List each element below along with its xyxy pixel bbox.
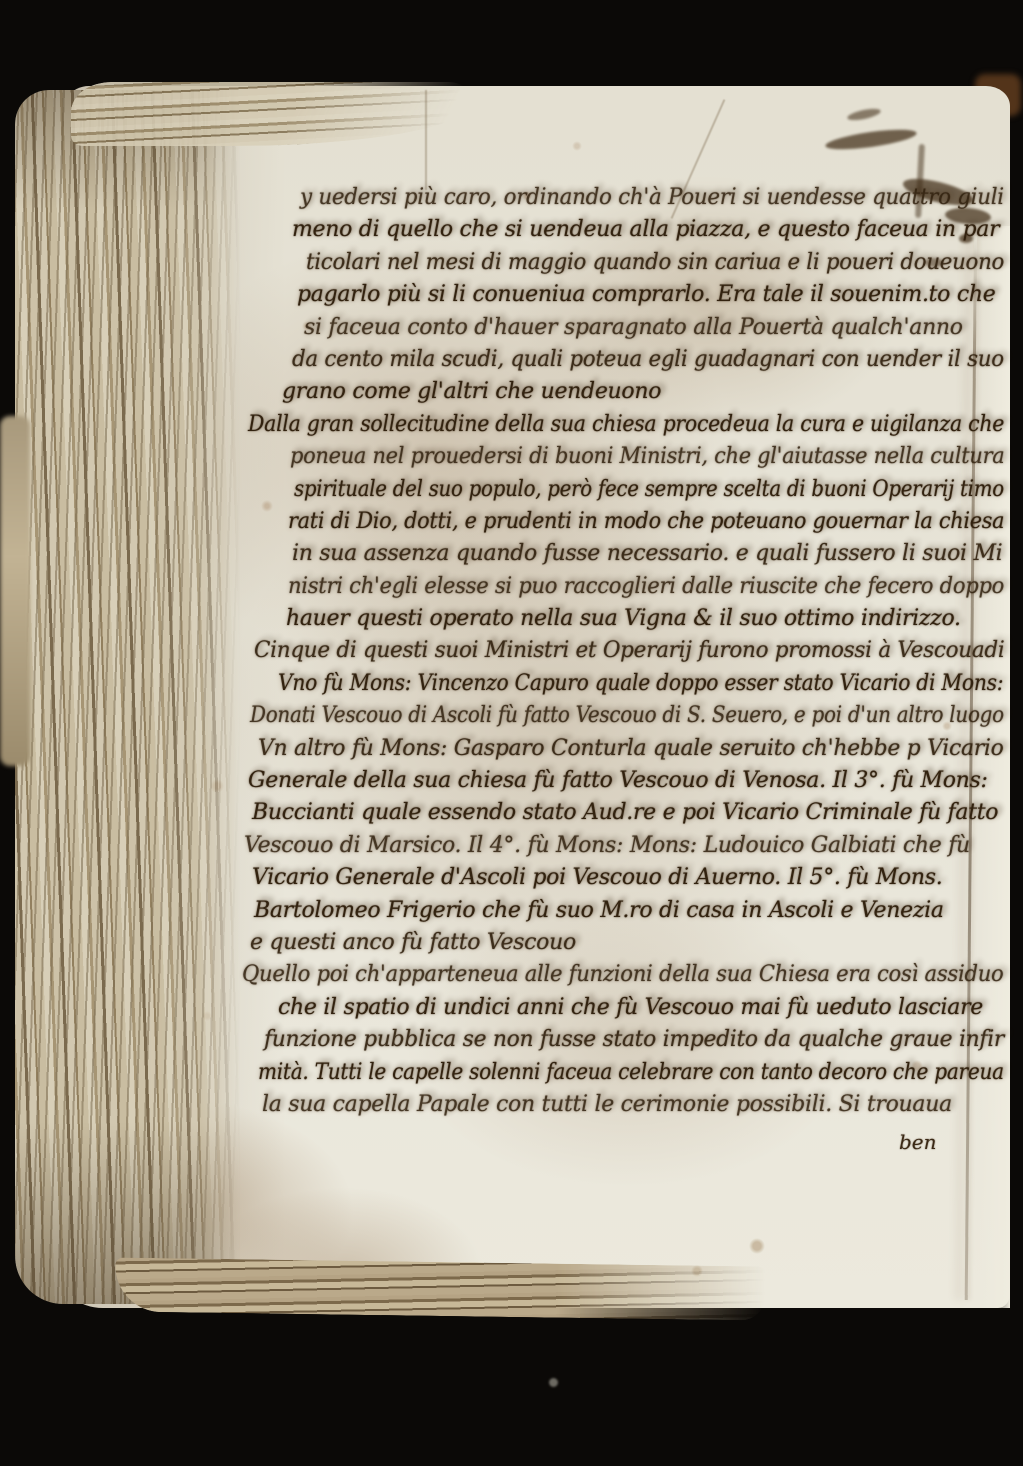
text-line: spirituale del suo populo, però fece sem… <box>294 474 932 506</box>
text-line: Buccianti quale essendo stato Aud.re e p… <box>252 797 1004 829</box>
text-line: Vno fù Mons: Vincenzo Capuro quale doppo… <box>278 668 947 700</box>
text-line: che il spatio di undici anni che fù Vesc… <box>278 992 1004 1024</box>
text-line: da cento mila scudi, quali poteua egli g… <box>292 344 985 376</box>
text-line: pagarlo più si li conueniua comprarlo. E… <box>297 279 1004 311</box>
text-line: grano come gl'altri che uendeuono <box>282 376 1004 408</box>
dust-speck <box>549 1378 558 1387</box>
top-page-edges <box>71 82 471 146</box>
text-line: Vn altro fù Mons: Gasparo Conturla quale… <box>258 733 1002 765</box>
fold-crease <box>425 90 427 190</box>
manuscript-page: y uedersi più caro, ordinando ch'à Pouer… <box>57 86 1010 1308</box>
ink-smudge <box>846 107 881 123</box>
text-line: Vicario Generale d'Ascoli poi Vescouo di… <box>252 862 1004 894</box>
text-line: ticolari nel mesi di maggio quando sin c… <box>306 247 982 279</box>
ink-smudge <box>824 126 917 154</box>
text-line: meno di quello che si uendeua alla piazz… <box>292 214 1004 246</box>
handwritten-text-block: y uedersi più caro, ordinando ch'à Pouer… <box>242 182 1004 1121</box>
text-line: in sua assenza quando fusse necessario. … <box>292 538 1004 570</box>
page-edge-stack <box>15 90 245 1304</box>
page-edge-protrusion <box>0 416 30 766</box>
text-line: Bartolomeo Frigerio che fù suo M.ro di c… <box>254 895 1004 927</box>
text-line: Vescouo di Marsico. Il 4°. fù Mons: Mons… <box>244 830 1004 862</box>
text-line: Quello poi ch'apparteneua alle funzioni … <box>242 959 975 991</box>
text-line: hauer questi operato nella sua Vigna & i… <box>286 603 1004 635</box>
text-line: poneua nel prouedersi di buoni Ministri,… <box>290 441 969 473</box>
text-line: la sua capella Papale con tutti le cerim… <box>262 1089 1004 1121</box>
bottom-page-edges <box>115 1257 766 1320</box>
text-line: Generale della sua chiesa fù fatto Vesco… <box>248 765 1004 797</box>
text-line: Cinque di questi suoi Ministri et Operar… <box>254 635 988 667</box>
text-line: Dalla gran sollecitudine della sua chies… <box>248 409 952 441</box>
photo-background: y uedersi più caro, ordinando ch'à Pouer… <box>0 0 1023 1466</box>
text-line: e questi anco fù fatto Vescouo <box>250 927 1004 959</box>
text-line: nistri ch'egli elesse si puo raccoglieri… <box>288 571 975 603</box>
text-line: mità. Tutti le capelle solenni faceua ce… <box>258 1057 939 1089</box>
text-line: y uedersi più caro, ordinando ch'à Pouer… <box>300 182 986 214</box>
text-line: Donati Vescouo di Ascoli fù fatto Vescou… <box>250 700 933 732</box>
text-line: rati di Dio, dotti, e prudenti in modo c… <box>288 506 966 538</box>
catchword: ben <box>899 1130 937 1154</box>
text-line: funzione pubblica se non fusse stato imp… <box>264 1024 999 1056</box>
text-line: si faceua conto d'hauer sparagnato alla … <box>304 312 1004 344</box>
